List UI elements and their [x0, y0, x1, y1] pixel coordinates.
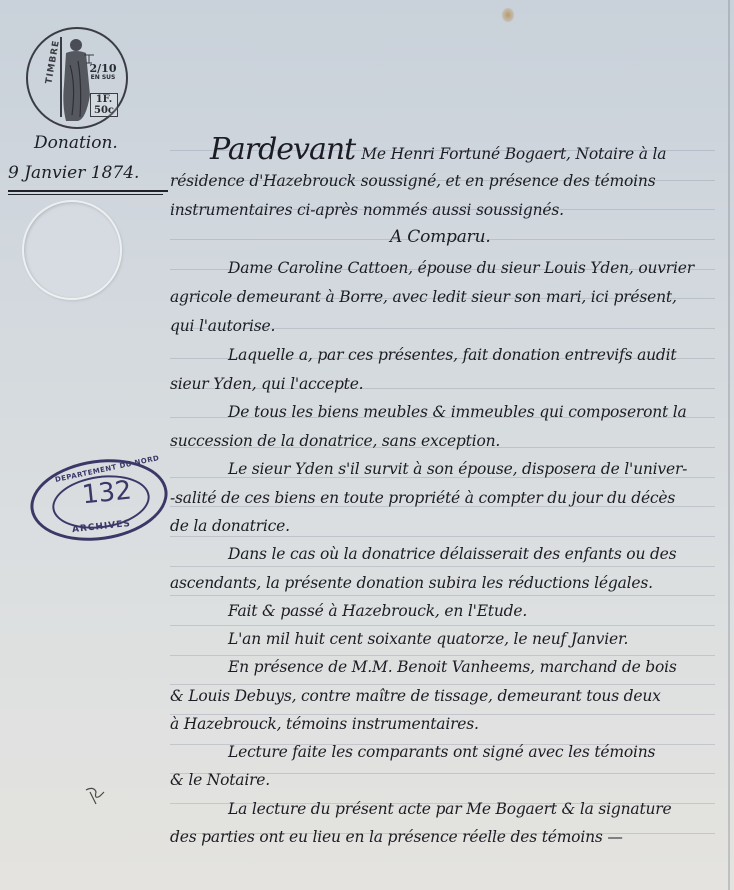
opening-word: Pardevant — [210, 132, 355, 167]
deed-line: En présence de M.M. Benoit Vanheems, mar… — [228, 658, 677, 676]
embossed-seal-icon — [22, 200, 122, 300]
timbre-price: 1F. 50c — [90, 93, 118, 117]
deed-line: Laquelle a, par ces présentes, fait dona… — [228, 346, 676, 364]
deed-line: L'an mil huit cent soixante quatorze, le… — [228, 630, 628, 648]
margin-underline-2 — [8, 194, 163, 195]
deed-line: Fait & passé à Hazebrouck, en l'Etude. — [228, 602, 527, 620]
deed-line: sieur Yden, qui l'accepte. — [170, 375, 363, 393]
margin-title: Donation. — [34, 133, 118, 153]
deed-line: -salité de ces biens en toute propriété … — [170, 489, 675, 507]
deed-line: agricole demeurant à Borre, avec ledit s… — [170, 288, 677, 306]
archives-number: 132 — [81, 475, 134, 510]
document-page: TIMBRE 2/10 EN SUS 1F. 50c Donation. 9 J… — [0, 0, 734, 890]
archives-stamp: DEPARTEMENT DU NORD 132 ARCHIVES — [30, 460, 168, 540]
deed-line: résidence d'Hazebrouck soussigné, et en … — [170, 172, 655, 190]
timbre-stamp: TIMBRE 2/10 EN SUS 1F. 50c — [26, 27, 128, 129]
deed-line: Le sieur Yden s'il survit à son épouse, … — [228, 460, 687, 478]
deed-line-comparu: A Comparu. — [390, 227, 491, 247]
margin-date: 9 Janvier 1874. — [8, 163, 139, 183]
deed-line: des parties ont eu lieu en la présence r… — [170, 828, 623, 846]
deed-line: La lecture du présent acte par Me Bogaer… — [228, 800, 671, 818]
margin-underline — [8, 190, 168, 192]
deed-line: succession de la donatrice, sans excepti… — [170, 432, 500, 450]
deed-line: De tous les biens meubles & immeubles qu… — [228, 403, 687, 421]
deed-line: qui l'autorise. — [170, 317, 275, 335]
timbre-tax: 2/10 EN SUS — [89, 63, 117, 81]
deed-line: Dame Caroline Cattoen, épouse du sieur L… — [228, 259, 694, 277]
page-edge — [728, 0, 730, 890]
deed-line: & le Notaire. — [170, 771, 270, 789]
deed-line: de la donatrice. — [170, 517, 290, 535]
deed-line: à Hazebrouck, témoins instrumentaires. — [170, 715, 479, 733]
deed-line-1: PardevantMe Henri Fortuné Bogaert, Notai… — [210, 132, 666, 167]
deed-line: & Louis Debuys, contre maître de tissage… — [170, 687, 661, 705]
deed-line: ascendants, la présente donation subira … — [170, 574, 653, 592]
deed-line: instrumentaires ci-après nommés aussi so… — [170, 201, 564, 219]
paper-stain — [502, 8, 514, 22]
deed-line: Dans le cas où la donatrice délaisserait… — [228, 545, 676, 563]
ink-mark-icon — [84, 786, 108, 816]
deed-line: Lecture faite les comparants ont signé a… — [228, 743, 655, 761]
